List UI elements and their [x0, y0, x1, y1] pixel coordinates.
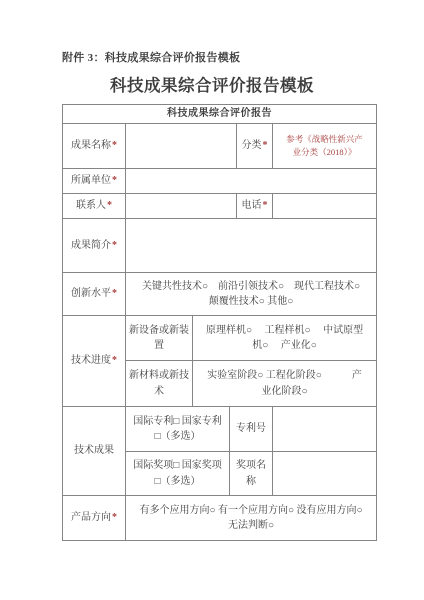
patent-number-label: 专利号	[230, 407, 273, 452]
required-asterisk: *	[112, 355, 117, 366]
award-options-line: 国际奖项□ 国家奖项	[129, 458, 226, 474]
award-options-cell: 国际奖项□ 国家奖项 □（多选）	[126, 452, 230, 496]
patent-number-value-cell	[273, 407, 377, 452]
row-name: 成果名称* 分类* 参考《战略性新兴产 业分类（2018）》	[63, 124, 377, 169]
direction-options-line: 有多个应用方向○ 有一个应用方向○ 没有应用方向○	[129, 503, 373, 519]
name-value-cell	[126, 124, 237, 169]
label-text: 创新水平	[71, 288, 111, 299]
progress-device-options-cell: 原理样机○ 工程样机○ 中试原型 机○ 产业化○	[193, 316, 377, 361]
attachment-heading: 附件 3：科技成果综合评价报告模板	[62, 49, 240, 65]
progress-device-label: 新设备或新装置	[126, 316, 193, 361]
category-note-cell: 参考《战略性新兴产 业分类（2018）》	[273, 124, 377, 169]
page-title: 科技成果综合评价报告模板	[0, 72, 424, 96]
field-label-unit: 所属单位*	[63, 169, 126, 194]
label-text: 成果简介	[71, 240, 111, 251]
field-label-achievement: 技术成果	[63, 407, 126, 496]
label-text: 分类	[242, 140, 262, 151]
progress-device-options-line: 原理样机○ 工程样机○ 中试原型	[196, 323, 373, 339]
innovation-options-line: 颠覆性技术○ 其他○	[129, 294, 373, 310]
table-header: 科技成果综合评价报告	[63, 105, 377, 124]
required-asterisk: *	[112, 140, 117, 151]
progress-device-options-line: 机○ 产业化○	[196, 338, 373, 354]
category-note-line: 业分类（2018）》	[276, 146, 373, 159]
row-contact: 联系人* 电话*	[63, 194, 377, 219]
field-label-progress: 技术进度*	[63, 316, 126, 407]
label-text: 技术进度	[71, 355, 111, 366]
required-asterisk: *	[107, 200, 112, 211]
row-innovation: 创新水平* 关键共性技术○ 前沿引领技术○ 现代工程技术○ 颠覆性技术○ 其他○	[63, 273, 377, 316]
award-options-line: □（多选）	[129, 474, 226, 490]
patent-options-line: 国际专利□ 国家专利	[129, 414, 226, 430]
field-label-phone: 电话*	[237, 194, 273, 219]
contact-value-cell	[126, 194, 237, 219]
patent-options-line: □（多选）	[129, 429, 226, 445]
label-text: 所属单位	[71, 175, 111, 186]
field-label-contact: 联系人*	[63, 194, 126, 219]
progress-material-options-line: 业化阶段○	[196, 384, 373, 400]
evaluation-form-table: 科技成果综合评价报告 成果名称* 分类* 参考《战略性新兴产 业分类（2018）…	[62, 104, 377, 541]
row-summary: 成果简介*	[63, 219, 377, 273]
document-page: 附件 3：科技成果综合评价报告模板 科技成果综合评价报告模板 科技成果综合评价报…	[0, 0, 424, 600]
summary-value-cell	[126, 219, 377, 273]
required-asterisk: *	[263, 200, 268, 211]
required-asterisk: *	[112, 288, 117, 299]
progress-material-options-line: 实验室阶段○ 工程化阶段○ 产	[196, 368, 373, 384]
innovation-options-line: 关键共性技术○ 前沿引领技术○ 现代工程技术○	[129, 279, 373, 295]
phone-value-cell	[273, 194, 377, 219]
row-unit: 所属单位*	[63, 169, 377, 194]
row-progress-device: 技术进度* 新设备或新装置 原理样机○ 工程样机○ 中试原型 机○ 产业化○	[63, 316, 377, 361]
innovation-options-cell: 关键共性技术○ 前沿引领技术○ 现代工程技术○ 颠覆性技术○ 其他○	[126, 273, 377, 316]
label-text: 电话	[242, 200, 262, 211]
direction-options-cell: 有多个应用方向○ 有一个应用方向○ 没有应用方向○ 无法判断○	[126, 496, 377, 541]
direction-options-line: 无法判断○	[129, 518, 373, 534]
required-asterisk: *	[112, 240, 117, 251]
unit-value-cell	[126, 169, 377, 194]
award-name-label: 奖项名称	[230, 452, 273, 496]
progress-material-label: 新材料或新技术	[126, 361, 193, 407]
category-note-line: 参考《战略性新兴产	[276, 133, 373, 146]
award-name-value-cell	[273, 452, 377, 496]
field-label-category: 分类*	[237, 124, 273, 169]
field-label-name: 成果名称*	[63, 124, 126, 169]
label-text: 成果名称	[71, 140, 111, 151]
required-asterisk: *	[263, 140, 268, 151]
table-header-row: 科技成果综合评价报告	[63, 105, 377, 124]
required-asterisk: *	[112, 175, 117, 186]
row-direction: 产品方向* 有多个应用方向○ 有一个应用方向○ 没有应用方向○ 无法判断○	[63, 496, 377, 541]
label-text: 联系人	[76, 200, 106, 211]
label-text: 产品方向	[71, 512, 111, 523]
progress-material-options-cell: 实验室阶段○ 工程化阶段○ 产 业化阶段○	[193, 361, 377, 407]
field-label-summary: 成果简介*	[63, 219, 126, 273]
row-achievement-patent: 技术成果 国际专利□ 国家专利 □（多选） 专利号	[63, 407, 377, 452]
field-label-innovation: 创新水平*	[63, 273, 126, 316]
field-label-direction: 产品方向*	[63, 496, 126, 541]
required-asterisk: *	[112, 512, 117, 523]
patent-options-cell: 国际专利□ 国家专利 □（多选）	[126, 407, 230, 452]
